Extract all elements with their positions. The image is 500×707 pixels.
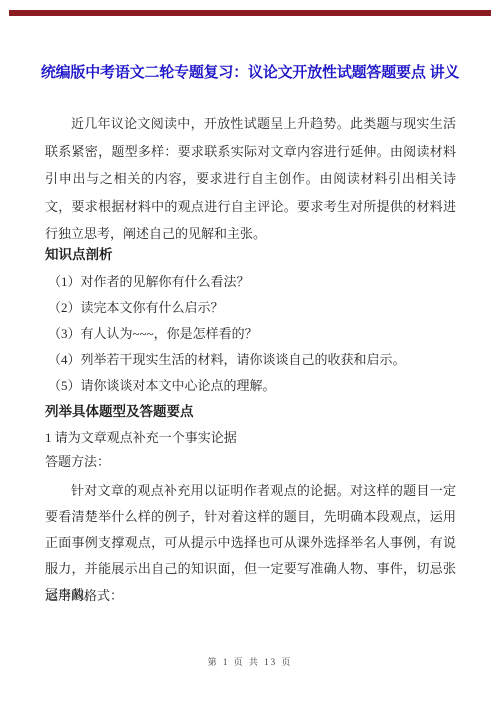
knowledge-item: （3）有人认为~~~，你是怎样看的？ xyxy=(48,323,458,342)
section-heading-knowledge-points: 知识点剖析 xyxy=(45,243,113,263)
answer-method-label: 答题方法： xyxy=(45,451,456,470)
intro-paragraph: 近几年议论文阅读中，开放性试题呈上升趋势。此类题与现实生活联系紧密，题型多样：要… xyxy=(45,110,456,248)
top-accent-bar xyxy=(9,10,491,16)
document-page: 统编版中考语文二轮专题复习：议论文开放性试题答题要点 讲义 近几年议论文阅读中，… xyxy=(0,0,500,707)
knowledge-item: （5）请你谈谈对本文中心论点的理解。 xyxy=(48,375,458,394)
knowledge-item: （4）列举若干现实生活的材料，请你谈谈自己的收获和启示。 xyxy=(48,349,458,368)
question-type-title: 1 请为文章观点补充一个事实论据 xyxy=(45,427,456,446)
page-title: 统编版中考语文二轮专题复习：议论文开放性试题答题要点 讲义 xyxy=(20,61,480,82)
page-footer: 第 1 页 共 13 页 xyxy=(0,655,500,668)
format-label: 运用的格式： xyxy=(45,585,456,604)
section-heading-question-types: 列举具体题型及答题要点 xyxy=(45,400,194,420)
knowledge-item: （2）读完本文你有什么启示？ xyxy=(48,297,458,316)
knowledge-item: （1）对作者的见解你有什么看法？ xyxy=(48,271,458,290)
